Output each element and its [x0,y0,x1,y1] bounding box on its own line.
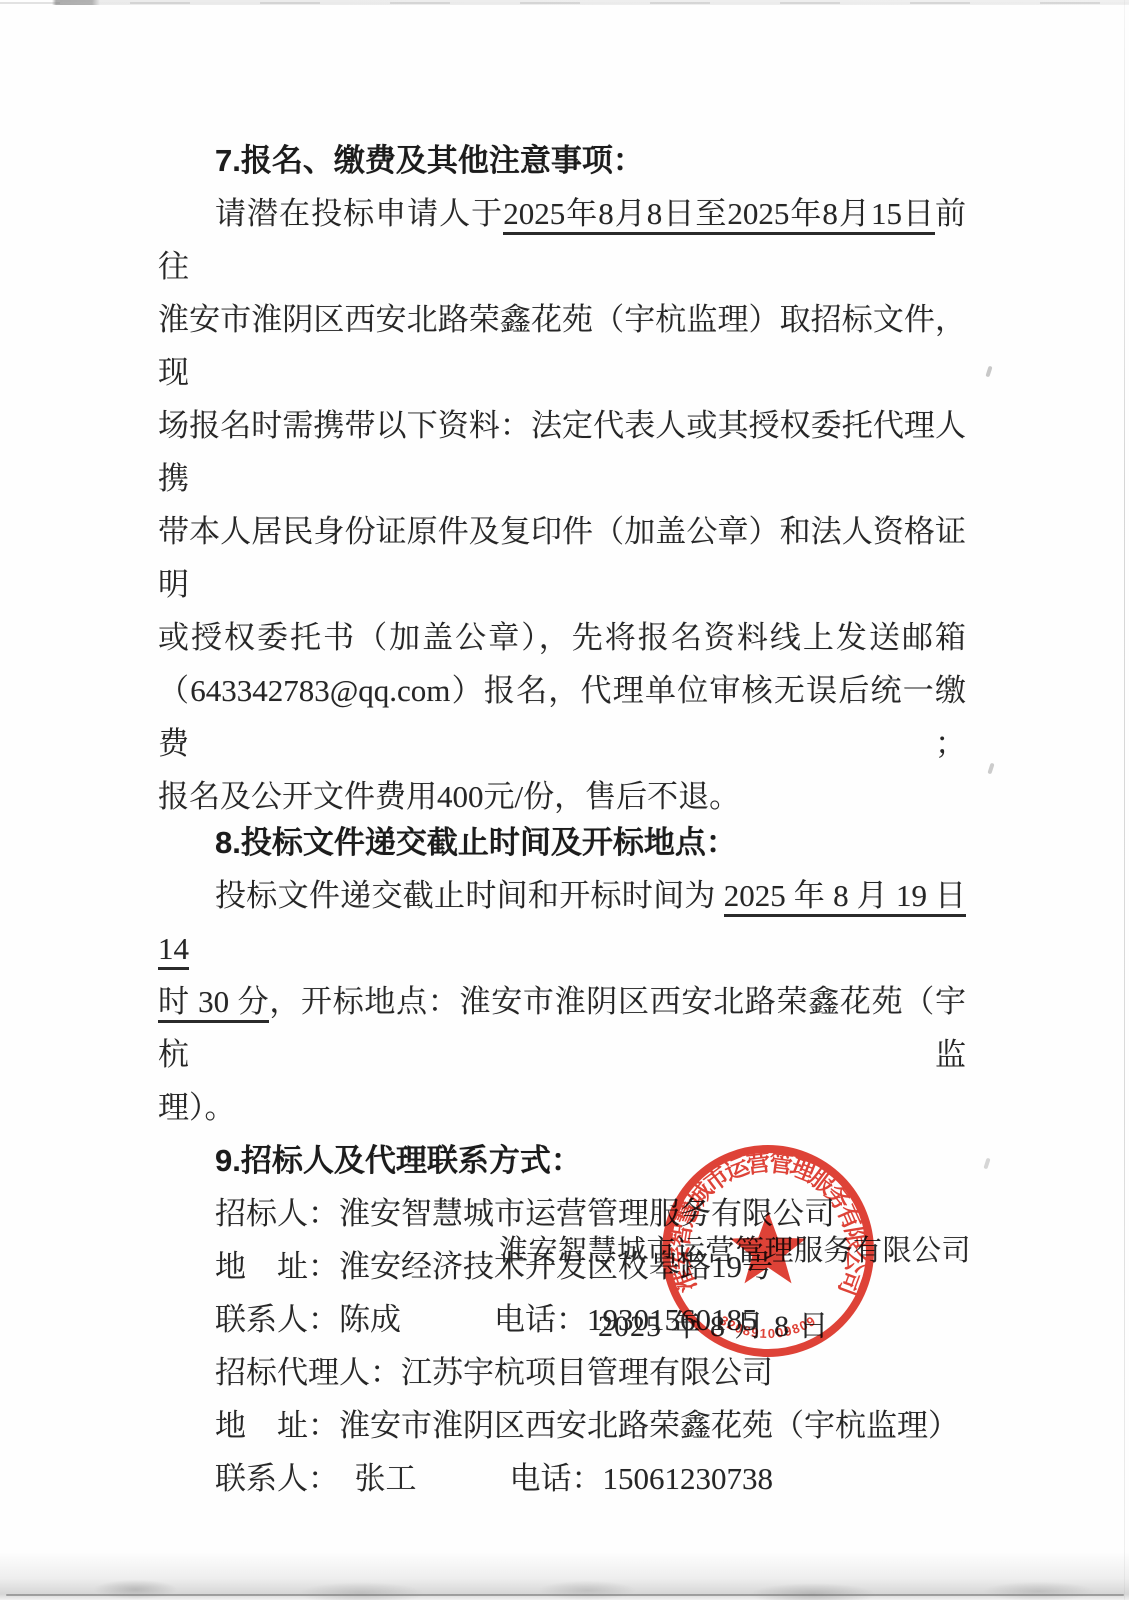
seal-star-icon [730,1211,806,1283]
scan-edge-bottom [0,1552,1129,1600]
section-7-line-4: 带本人居民身份证原件及复印件（加盖公章）和法人资格证明 [158,505,966,611]
scan-speck [987,763,994,775]
scan-speck [985,366,992,378]
section-8-heading: 8.投标文件递交截止时间及开标地点： [158,816,966,869]
section-8-line-1: 投标文件递交截止时间和开标时间为 2025 年 8 月 19 日 14 [158,869,966,975]
section-7-heading: 7.报名、缴费及其他注意事项： [158,134,966,187]
document-page: 7.报名、缴费及其他注意事项： 请潜在投标申请人于2025年8月8日至2025年… [0,0,1129,1600]
section-8-line-3: 理）。 [158,1081,966,1134]
underlined-date-range: 2025年8月8日至2025年8月15日 [503,196,935,235]
scan-edge-top-dashes [0,2,1129,4]
scan-edge-right [1124,0,1125,1600]
section-7-line-2: 淮安市淮阴区西安北路荣鑫花苑（宇杭监理）取招标文件，现 [158,293,966,399]
section-7-line-6: （643342783@qq.com）报名，代理单位审核无误后统一缴费； [158,664,966,770]
scan-speck [983,1158,990,1170]
contact-row-agent-address: 地 址：淮安市淮阴区西安北路荣鑫花苑（宇杭监理） [158,1399,966,1452]
text-run: ，开标地点：淮安市淮阴区西安北路荣鑫花苑（宇杭监 [158,984,966,1072]
scan-edge-bottom-line [6,1594,1124,1596]
text-run: 请潜在投标申请人于 [215,196,503,231]
contact-row-agent-contact: 联系人： 张工 电话：15061230738 [158,1452,966,1505]
section-8-line-2: 时 30 分，开标地点：淮安市淮阴区西安北路荣鑫花苑（宇杭监 [158,975,966,1081]
section-7-line-5: 或授权委托书（加盖公章），先将报名资料线上发送邮箱 [158,611,966,664]
seal-code-arc-text: 320891009809 [717,1313,819,1342]
section-7-line-1: 请潜在投标申请人于2025年8月8日至2025年8月15日前往 [158,187,966,293]
company-seal: 淮安智慧城市运营管理服务有限公司 320891009809 [656,1139,880,1363]
text-run: 投标文件递交截止时间和开标时间为 [215,878,724,913]
section-7-line-3: 场报名时需携带以下资料：法定代表人或其授权委托代理人携 [158,399,966,505]
underlined-deadline-time: 时 30 分 [158,984,269,1023]
